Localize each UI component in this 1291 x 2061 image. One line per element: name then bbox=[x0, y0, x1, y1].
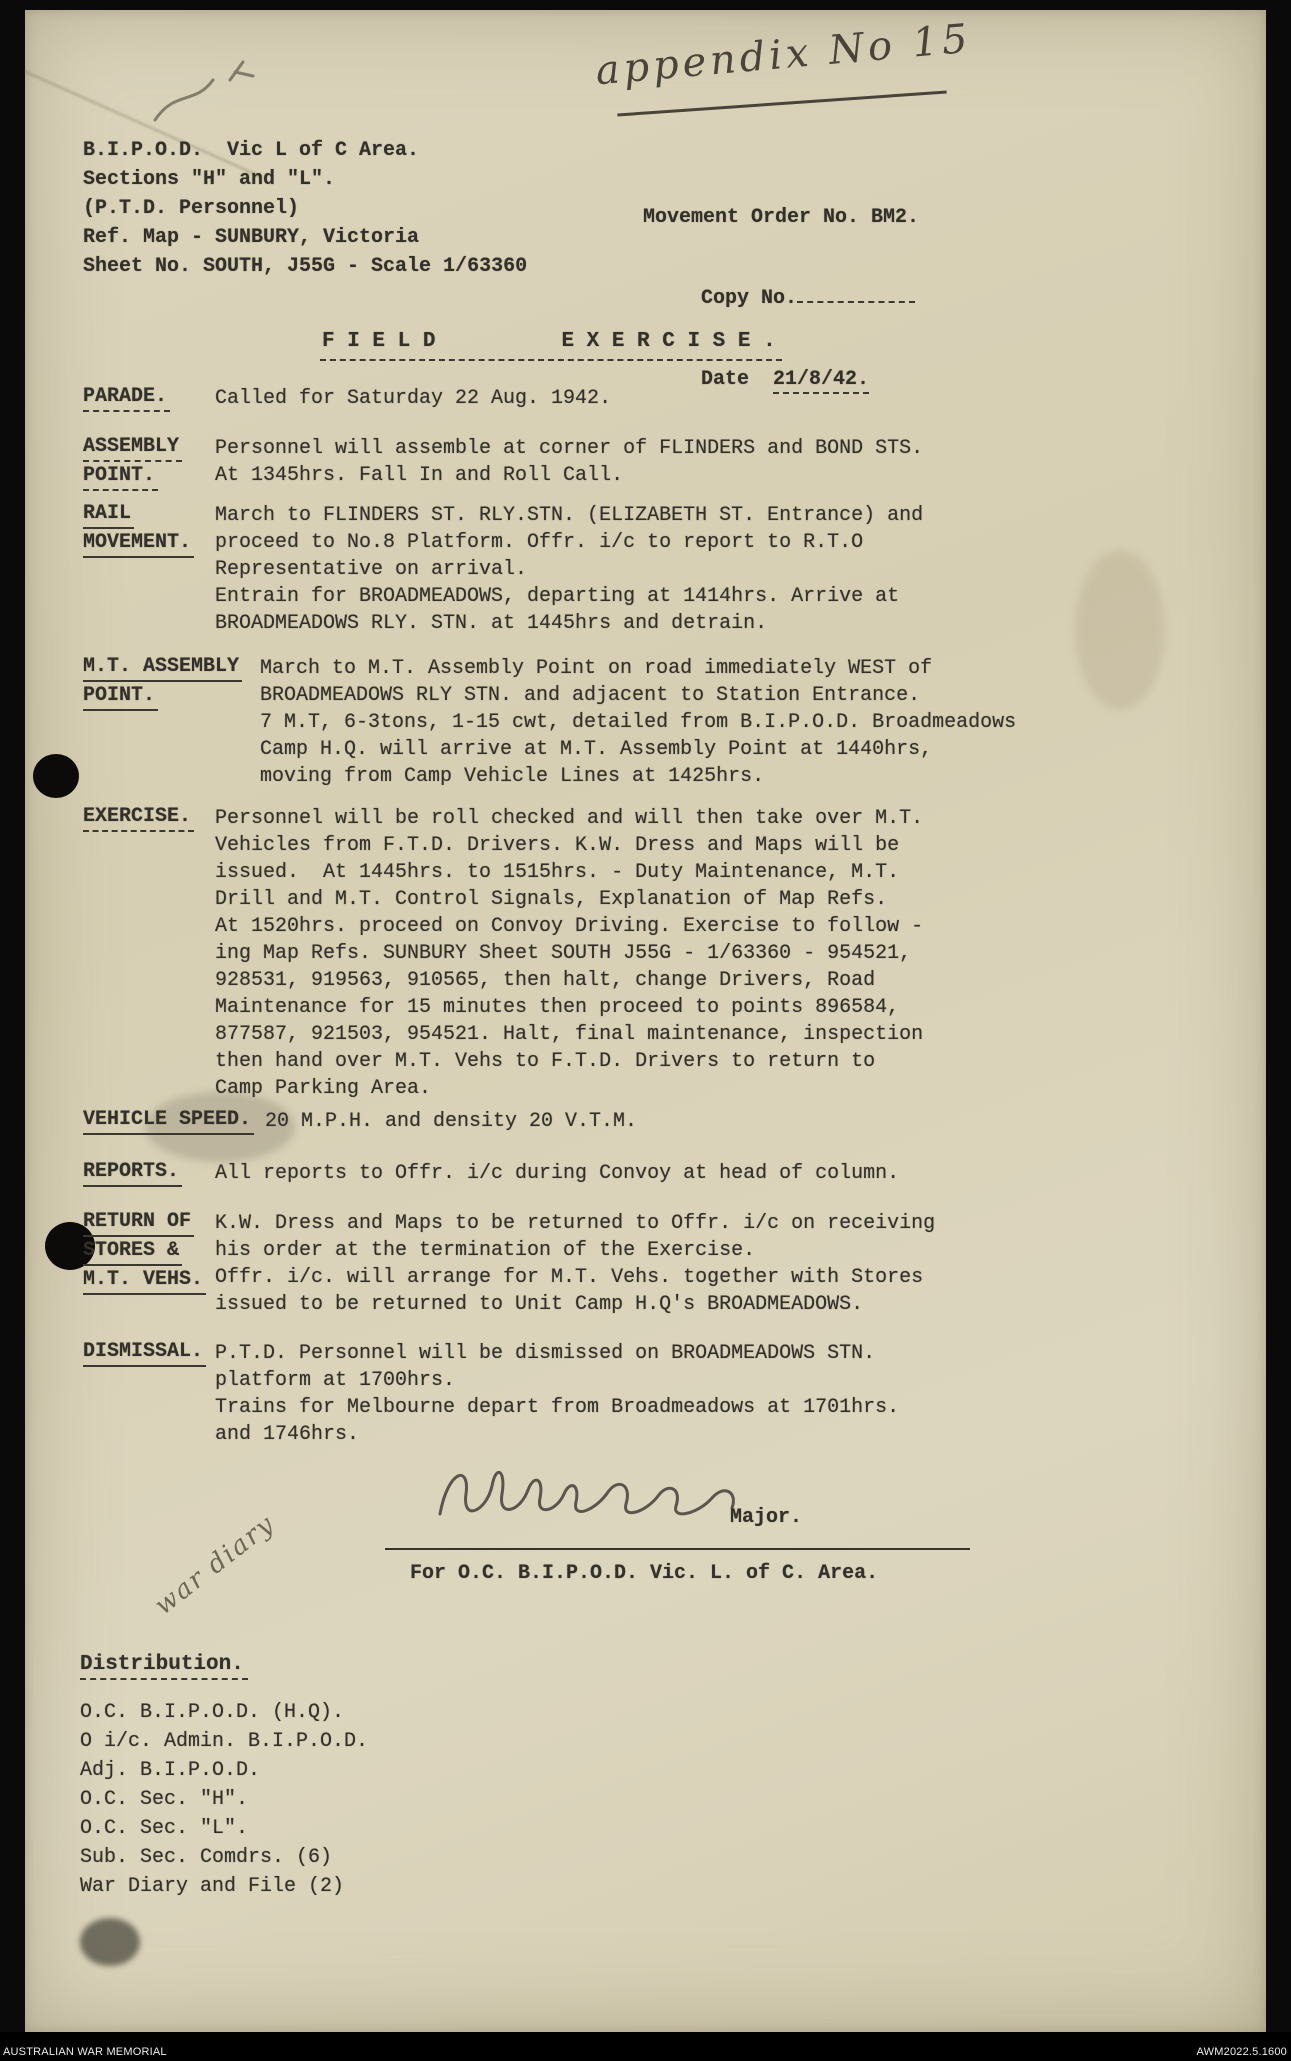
movement-order-line: Movement Order No. BM2. bbox=[643, 204, 919, 231]
section-label: DISMISSAL. bbox=[83, 1340, 206, 1369]
section-label-line: ASSEMBLY bbox=[83, 435, 182, 462]
section-body: All reports to Offr. i/c during Convoy a… bbox=[215, 1160, 899, 1187]
signature-scrawl bbox=[430, 1448, 760, 1548]
section-body: March to M.T. Assembly Point on road imm… bbox=[260, 655, 1016, 790]
section-label: REPORTS. bbox=[83, 1160, 182, 1189]
distribution-list: O.C. B.I.P.O.D. (H.Q). O i/c. Admin. B.I… bbox=[80, 1698, 368, 1901]
section-label-line: RAIL bbox=[83, 502, 134, 529]
signature-rule bbox=[385, 1548, 970, 1550]
distribution-title: Distribution. bbox=[80, 1653, 248, 1680]
stain bbox=[80, 1918, 140, 1966]
section-label-line: REPORTS. bbox=[83, 1160, 182, 1187]
section-body: P.T.D. Personnel will be dismissed on BR… bbox=[215, 1340, 899, 1448]
section-body: March to FLINDERS ST. RLY.STN. (ELIZABET… bbox=[215, 502, 923, 637]
section-label-line: POINT. bbox=[83, 464, 158, 491]
pencil-mark bbox=[135, 50, 295, 140]
distribution-item: O.C. B.I.P.O.D. (H.Q). bbox=[80, 1698, 368, 1727]
paper-sheet: appendix No 15 B.I.P.O.D. Vic L of C Are… bbox=[25, 10, 1266, 2032]
section-label: M.T. ASSEMBLY POINT. bbox=[83, 655, 242, 713]
copy-no-line: Copy No. bbox=[701, 285, 919, 312]
section-label-line: M.T. ASSEMBLY bbox=[83, 655, 242, 682]
signature-rank: Major. bbox=[730, 1506, 802, 1529]
document-title: F I E L D E X E R C I S E . bbox=[320, 330, 782, 361]
distribution-item: Sub. Sec. Comdrs. (6) bbox=[80, 1843, 368, 1872]
section-label-line: VEHICLE SPEED. bbox=[83, 1108, 254, 1135]
section-label-line: DISMISSAL. bbox=[83, 1340, 206, 1367]
distribution-item: O.C. Sec. "L". bbox=[80, 1814, 368, 1843]
archive-source-label: AUSTRALIAN WAR MEMORIAL bbox=[3, 2046, 167, 2058]
stain bbox=[1075, 550, 1165, 710]
date-value: 21/8/42. bbox=[773, 368, 869, 394]
document-header-order: Movement Order No. BM2. Copy No. Date 21… bbox=[643, 150, 919, 447]
section-body: 20 M.P.H. and density 20 V.T.M. bbox=[265, 1108, 637, 1135]
hole-punch-mark bbox=[33, 754, 79, 798]
section-label-line: MOVEMENT. bbox=[83, 531, 194, 558]
section-label: EXERCISE. bbox=[83, 805, 194, 834]
section-label-line: EXERCISE. bbox=[83, 805, 194, 832]
handwritten-underline bbox=[617, 90, 946, 116]
copy-no-blank bbox=[797, 285, 915, 303]
date-line: Date 21/8/42. bbox=[701, 366, 919, 393]
distribution-item: Adj. B.I.P.O.D. bbox=[80, 1756, 368, 1785]
section-body: Called for Saturday 22 Aug. 1942. bbox=[215, 385, 611, 412]
section-label-line: STORES & bbox=[83, 1239, 182, 1266]
section-body: Personnel will assemble at corner of FLI… bbox=[215, 435, 923, 489]
section-label-line: M.T. VEHS. bbox=[83, 1268, 206, 1295]
section-label: ASSEMBLY POINT. bbox=[83, 435, 182, 493]
scanned-document-page: { "annotation": { "text": "appendix No 1… bbox=[0, 0, 1291, 2061]
section-label-line: PARADE. bbox=[83, 385, 170, 412]
archive-id-label: AWM2022.5.1600 bbox=[1197, 2046, 1287, 2058]
archive-footer-bar: AUSTRALIAN WAR MEMORIAL AWM2022.5.1600 bbox=[0, 2032, 1291, 2061]
section-body: K.W. Dress and Maps to be returned to Of… bbox=[215, 1210, 935, 1318]
signature-for-line: For O.C. B.I.P.O.D. Vic. L. of C. Area. bbox=[410, 1562, 878, 1585]
section-body: Personnel will be roll checked and will … bbox=[215, 805, 923, 1102]
section-label-line: RETURN OF bbox=[83, 1210, 194, 1237]
distribution-item: O i/c. Admin. B.I.P.O.D. bbox=[80, 1727, 368, 1756]
section-label: VEHICLE SPEED. bbox=[83, 1108, 254, 1137]
section-label: RAIL MOVEMENT. bbox=[83, 502, 194, 560]
handwritten-side-note: war diary bbox=[149, 1509, 281, 1621]
section-label: PARADE. bbox=[83, 385, 170, 414]
section-label-line: POINT. bbox=[83, 684, 158, 711]
distribution-item: O.C. Sec. "H". bbox=[80, 1785, 368, 1814]
document-header-unit: B.I.P.O.D. Vic L of C Area. Sections "H"… bbox=[83, 136, 527, 281]
section-label: RETURN OF STORES & M.T. VEHS. bbox=[83, 1210, 206, 1297]
handwritten-appendix-note: appendix No 15 bbox=[594, 16, 973, 95]
distribution-item: War Diary and File (2) bbox=[80, 1872, 368, 1901]
